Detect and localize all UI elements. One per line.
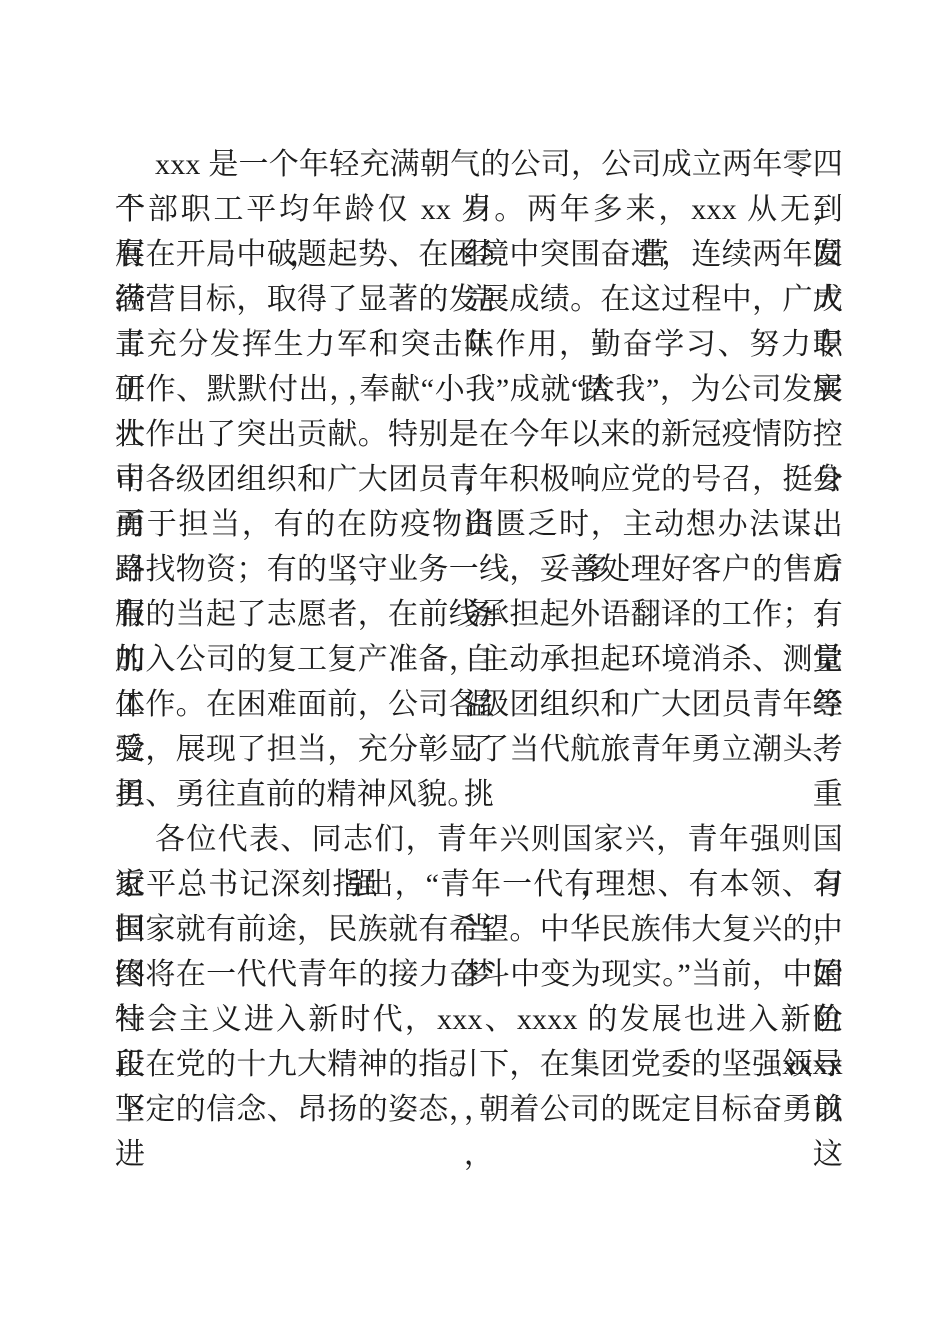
text-line: 验，展现了担当，充分彰显了当代航旅青年勇立潮头、勇挑重: [115, 727, 843, 772]
text-line: 大作出了突出贡献。特别是在今年以来的新冠疫情防控中，公: [115, 412, 843, 457]
text-line: xxx 是一个年轻充满朝气的公司，公司成立两年零四个月，: [115, 142, 843, 187]
text-line: 近平总书记深刻指出，“青年一代有理想、有本领、有担当，: [115, 862, 843, 907]
text-line: 正在党的十九大精神的指引下，在集团党委的坚强领导下，以: [115, 1042, 843, 1087]
text-line: 干部职工平均年龄仅 xx 岁。两年多来，xxx 从无到有，经营发: [115, 187, 843, 232]
paragraph-2: 各位代表、同志们，青年兴则国家兴，青年强则国家强，习 近平总书记深刻指出，“青年…: [115, 817, 843, 1132]
text-line: 加入公司的复工复产准备，主动承担起环境消杀、测量体温等: [115, 637, 843, 682]
text-line: 工作。在困难面前，公司各级团组织和广大团员青年经受了考: [115, 682, 843, 727]
text-line: 坚定的信念、昂扬的姿态，朝着公司的既定目标奋勇前进，这: [115, 1087, 843, 1132]
document-body: xxx 是一个年轻充满朝气的公司，公司成立两年零四个月， 干部职工平均年龄仅 x…: [115, 142, 843, 1132]
paragraph-1: xxx 是一个年轻充满朝气的公司，公司成立两年零四个月， 干部职工平均年龄仅 x…: [115, 142, 843, 817]
text-line: 社会主义进入新时代，xxx、xxxx 的发展也进入新阶段。xxxx: [115, 997, 843, 1042]
text-line: 勇于担当，有的在防疫物资匮乏时，主动想办法谋出路，多方: [115, 502, 843, 547]
text-line: 司各级团组织和广大团员青年积极响应党的号召，挺身而出、: [115, 457, 843, 502]
text-line: 工充分发挥生力军和突击队作用，勤奋学习、努力专研，踏实: [115, 322, 843, 367]
text-line: 有的当起了志愿者，在前线承担起外语翻译的工作；有的自觉: [115, 592, 843, 637]
text-line: 经营目标，取得了显著的发展成绩。在这过程中，广大青年职: [115, 277, 843, 322]
text-line: 工作、默默付出，奉献“小我”成就“大我”，为公司发展壮: [115, 367, 843, 412]
text-line: 寻找物资；有的坚守业务一线，妥善处理好客户的售后服务；: [115, 547, 843, 592]
text-line: 国家就有前途，民族就有希望。中华民族伟大复兴的中国梦始: [115, 907, 843, 952]
text-line: 展在开局中破题起势、在困境中突围奋进，连续两年圆满完成: [115, 232, 843, 277]
document-page: xxx 是一个年轻充满朝气的公司，公司成立两年零四个月， 干部职工平均年龄仅 x…: [0, 0, 950, 1344]
text-line: 各位代表、同志们，青年兴则国家兴，青年强则国家强，习: [115, 817, 843, 862]
text-line: 终将在一代代青年的接力奋斗中变为现实。”当前，中国特色: [115, 952, 843, 997]
